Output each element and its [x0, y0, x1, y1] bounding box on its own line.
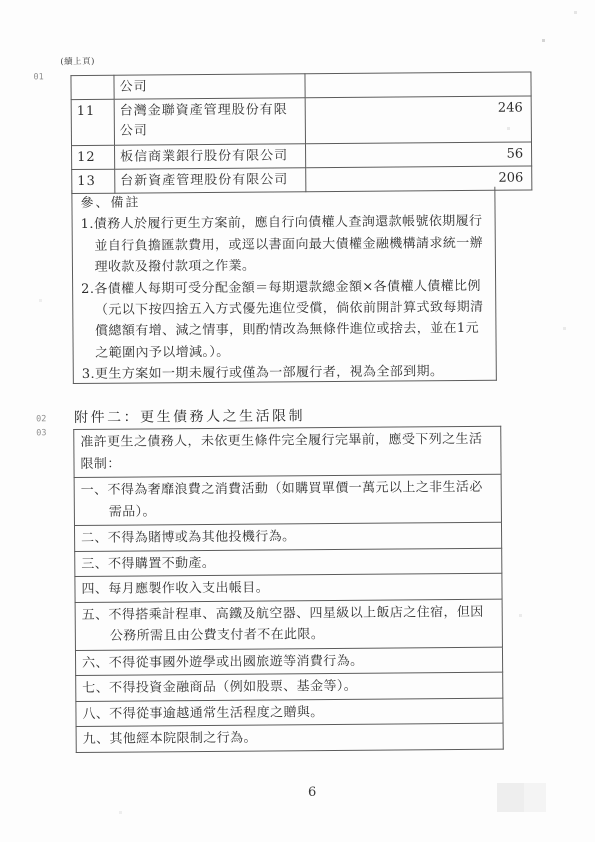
creditor-table: 公司 11 台灣金聯資產管理股份有限公司 246 12 板信商業銀行股份有限公司… — [70, 71, 532, 194]
creditor-value: 56 — [305, 142, 531, 168]
scan-content: (續上頁) 01 02 03 公司 11 台灣金聯資產管理股份有限公司 246 … — [0, 0, 595, 842]
restriction-item: 九、其他經本院限制之行為。 — [76, 723, 503, 752]
table-row: 公司 — [71, 72, 531, 100]
table-row: 六、不得從事國外遊學或出國旅遊等消費行為。 — [75, 647, 502, 676]
table-row: 五、不得搭乘計程車、高鐵及航空器、四星級以上飯店之住宿，但因公務所需且由公費支付… — [75, 599, 502, 650]
margin-mark-01: 01 — [33, 72, 43, 82]
document-page: (續上頁) 01 02 03 公司 11 台灣金聯資產管理股份有限公司 246 … — [0, 0, 595, 842]
restriction-item: 五、不得搭乘計程車、高鐵及航空器、四星級以上飯店之住宿，但因公務所需且由公費支付… — [75, 599, 502, 650]
creditor-no: 11 — [71, 99, 114, 145]
table-row: 准許更生之債務人，未依更生條件完全履行完畢前，應受下列之生活限制： — [74, 426, 501, 477]
page-number: 6 — [308, 785, 316, 800]
creditor-value — [305, 72, 531, 98]
creditor-name: 公司 — [114, 74, 305, 99]
creditor-name: 台灣金聯資產管理股份有限公司 — [114, 98, 305, 145]
table-row: 八、不得從事逾越通常生活程度之贈與。 — [76, 698, 503, 727]
table-row: 九、其他經本院限制之行為。 — [76, 723, 503, 752]
creditor-no: 12 — [72, 145, 115, 169]
table-row: 三、不得購置不動產。 — [75, 548, 502, 577]
table-row: 二、不得為賭博或為其他投機行為。 — [74, 522, 501, 551]
restriction-item: 六、不得從事國外遊學或出國旅遊等消費行為。 — [75, 647, 502, 676]
creditor-value: 246 — [305, 96, 531, 144]
table-row: 一、不得為奢靡浪費之消費活動（如購買單價一萬元以上之非生活必需品）。 — [74, 474, 501, 525]
restriction-item: 一、不得為奢靡浪費之消費活動（如購買單價一萬元以上之非生活必需品）。 — [74, 474, 501, 525]
table-row: 11 台灣金聯資產管理股份有限公司 246 — [71, 96, 531, 146]
creditor-name: 板信商業銀行股份有限公司 — [115, 144, 306, 169]
table-row: 四、每月應製作收入支出帳目。 — [75, 573, 502, 602]
restriction-item: 八、不得從事逾越通常生活程度之贈與。 — [76, 698, 503, 727]
attachment-title: 附件二：更生債務人之生活限制 — [74, 405, 305, 427]
note-item: 1.債務人於履行更生方案前，應自行向債權人查詢還款帳號依期履行並自行負擔匯款費用… — [81, 211, 487, 278]
restrictions-table: 准許更生之債務人，未依更生條件完全履行完畢前，應受下列之生活限制： 一、不得為奢… — [73, 426, 504, 753]
note-item: 2.各債權人每期可受分配金額＝每期還款總金額×各債權人債權比例（元以下按四捨五入… — [81, 275, 488, 364]
restriction-item: 七、不得投資金融商品（例如股票、基金等）。 — [76, 672, 503, 701]
restriction-item: 三、不得購置不動產。 — [75, 548, 502, 577]
restriction-item: 四、每月應製作收入支出帳目。 — [75, 573, 502, 602]
scan-noise-specks — [0, 0, 1, 1]
table-row: 12 板信商業銀行股份有限公司 56 — [72, 142, 532, 170]
margin-mark-03: 03 — [36, 428, 46, 438]
creditor-no — [71, 75, 114, 99]
scan-artifact-blob — [497, 783, 546, 812]
restrictions-intro: 准許更生之債務人，未依更生條件完全履行完畢前，應受下列之生活限制： — [74, 426, 501, 477]
restriction-item: 二、不得為賭博或為其他投機行為。 — [74, 522, 501, 551]
notes-box: 參、備註 1.債務人於履行更生方案前，應自行向債權人查詢還款帳號依期履行並自行負… — [71, 187, 497, 384]
note-item: 3.更生方案如一期未履行或僅為一部履行者，視為全部到期。 — [82, 361, 488, 386]
table-row: 七、不得投資金融商品（例如股票、基金等）。 — [76, 672, 503, 701]
margin-mark-02: 02 — [36, 414, 46, 424]
continuation-note: (續上頁) — [60, 55, 95, 67]
